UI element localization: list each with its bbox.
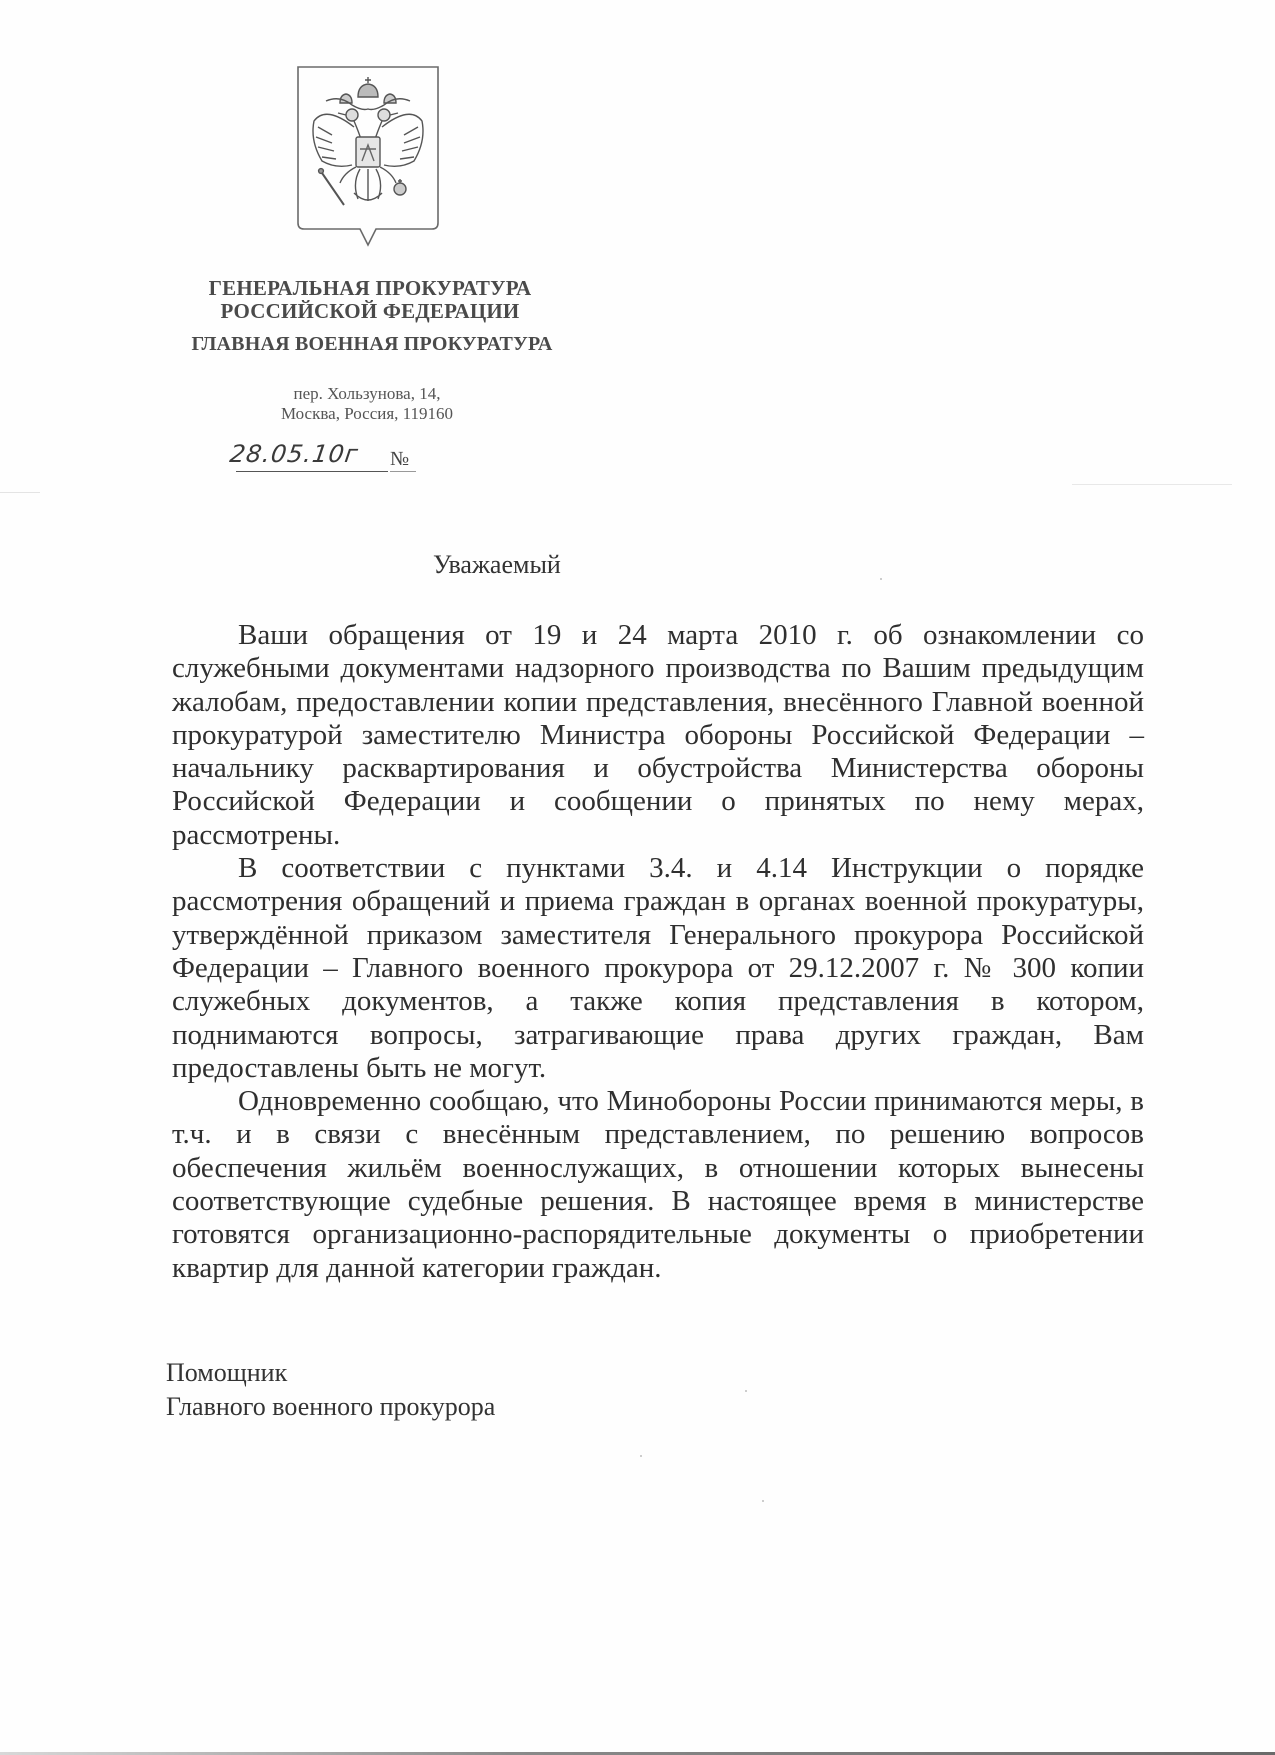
body-paragraph-3: Одновременно сообщаю, что Минобороны Рос… [172,1085,1144,1285]
signature-title-line-1: Помощник [166,1356,287,1390]
org-name-line-1: ГЕНЕРАЛЬНАЯ ПРОКУРАТУРА [170,276,570,300]
date-underline [236,471,388,472]
coat-of-arms-icon [296,65,440,250]
number-underline [390,471,416,472]
document-number-label: № [390,448,409,471]
salutation: Уважаемый [433,550,561,580]
scan-artifact-dot [762,1500,764,1502]
scan-artifact-dot [640,1455,642,1457]
org-name-line-2: РОССИЙСКОЙ ФЕДЕРАЦИИ [170,299,570,323]
scan-artifact-line [1072,484,1232,485]
body-paragraph-1: Ваши обращения от 19 и 24 марта 2010 г. … [172,619,1144,852]
address-line-2: Москва, Россия, 119160 [262,403,472,424]
address-line-1: пер. Хользунова, 14, [272,383,462,404]
scanned-letter-page: ГЕНЕРАЛЬНАЯ ПРОКУРАТУРА РОССИЙСКОЙ ФЕДЕР… [0,0,1275,1755]
letter-body: Ваши обращения от 19 и 24 марта 2010 г. … [172,619,1144,1285]
signature-title-line-2: Главного военного прокурора [166,1390,495,1424]
scan-artifact-dot [745,1390,747,1392]
body-paragraph-2: В соответствии с пунктами 3.4. и 4.14 Ин… [172,852,1144,1085]
handwritten-date: 28.05.10г [228,440,360,468]
date-number-row: 28.05.10г № [230,440,430,480]
scan-artifact-dot [880,578,882,580]
scan-artifact-line [0,492,40,493]
org-name-line-3: ГЛАВНАЯ ВОЕННАЯ ПРОКУРАТУРА [172,332,572,356]
